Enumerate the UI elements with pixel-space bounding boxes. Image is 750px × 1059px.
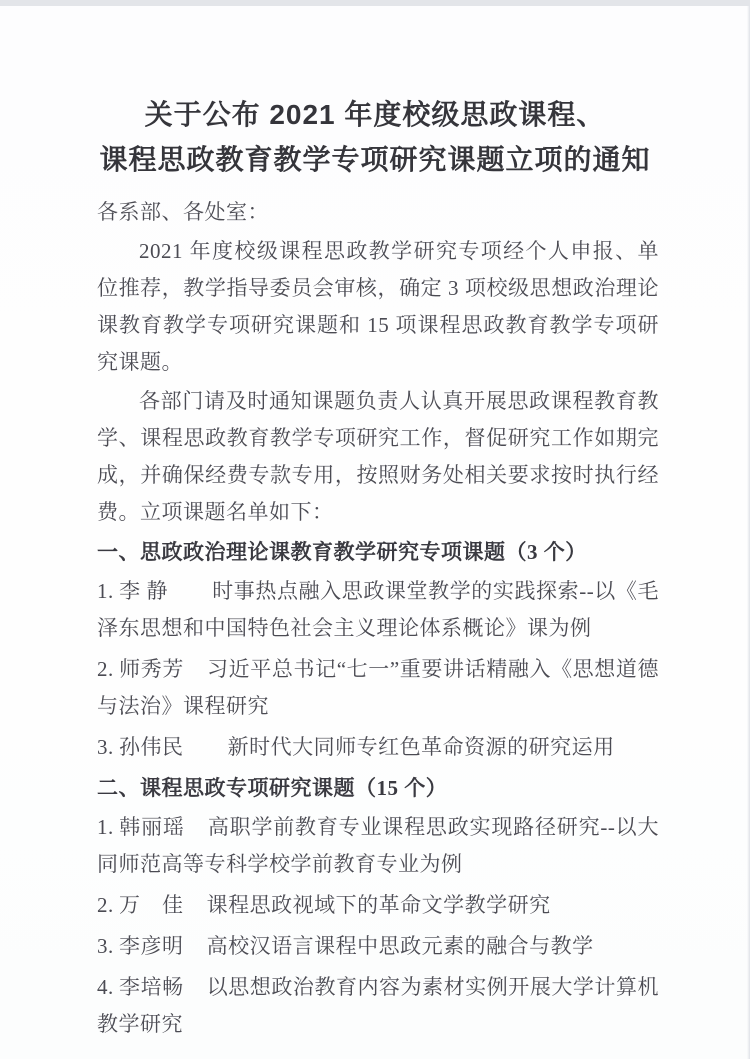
investigator-name: 李培畅 (119, 975, 184, 999)
item-number: 2. (97, 657, 114, 681)
item-number: 4. (97, 975, 114, 999)
paragraph-approval: 2021 年度校级课程思政教学研究专项经个人申报、单位推荐，教学指导委员会审核，… (97, 233, 659, 381)
item-number: 1. (97, 579, 114, 603)
project-title: 课程思政视域下的革命文学教学研究 (207, 893, 551, 917)
project-title: 新时代大同师专红色革命资源的研究运用 (228, 735, 615, 759)
section-2-item-1: 1.韩丽瑶高职学前教育专业课程思政实现路径研究--以大同师范高等专科学校学前教育… (97, 809, 659, 883)
item-number: 1. (97, 815, 114, 839)
section-1-item-3: 3.孙伟民新时代大同师专红色革命资源的研究运用 (97, 729, 659, 766)
project-title: 时事热点融入思政课堂教学的实践探索--以《毛泽东思想和中国特色社会主义理论体系概… (97, 579, 659, 640)
section-2-item-3: 3.李彦明高校汉语言课程中思政元素的融合与教学 (97, 928, 659, 965)
investigator-name: 李 静 (119, 579, 168, 603)
paragraph-instructions: 各部门请及时通知课题负责人认真开展思政课程教育教学、课程思政教育教学专项研究工作… (97, 383, 659, 531)
document-body: 各系部、各处室： 2021 年度校级课程思政教学研究专项经个人申报、单位推荐，教… (97, 194, 659, 1043)
document-title: 关于公布 2021 年度校级思政课程、 课程思政教育教学专项研究课题立项的通知 (40, 92, 710, 182)
investigator-name: 孙伟民 (119, 735, 184, 759)
investigator-name: 万 佳 (119, 893, 184, 917)
scan-edge-top (0, 0, 750, 6)
investigator-name: 李彦明 (119, 934, 184, 958)
section-2-heading: 二、课程思政专项研究课题（15 个） (97, 770, 659, 807)
section-1-item-1: 1.李 静时事热点融入思政课堂教学的实践探索--以《毛泽东思想和中国特色社会主义… (97, 573, 659, 647)
section-2-item-2: 2.万 佳课程思政视域下的革命文学教学研究 (97, 887, 659, 924)
section-1-item-2: 2.师秀芳习近平总书记“七一”重要讲话精融入《思想道德与法治》课程研究 (97, 651, 659, 725)
document-title-line-2: 课程思政教育教学专项研究课题立项的通知 (40, 137, 710, 182)
item-number: 3. (97, 934, 114, 958)
project-title: 高校汉语言课程中思政元素的融合与教学 (207, 934, 594, 958)
section-2-item-4: 4.李培畅以思想政治教育内容为素材实例开展大学计算机教学研究 (97, 969, 659, 1043)
document-title-line-1: 关于公布 2021 年度校级思政课程、 (40, 92, 710, 137)
investigator-name: 师秀芳 (119, 657, 184, 681)
item-number: 3. (97, 735, 114, 759)
scanned-notice-page: 关于公布 2021 年度校级思政课程、 课程思政教育教学专项研究课题立项的通知 … (0, 0, 750, 1059)
section-1-heading: 一、思政政治理论课教育教学研究专项课题（3 个） (97, 534, 659, 571)
salutation: 各系部、各处室： (97, 194, 659, 231)
item-number: 2. (97, 893, 114, 917)
investigator-name: 韩丽瑶 (119, 815, 185, 839)
